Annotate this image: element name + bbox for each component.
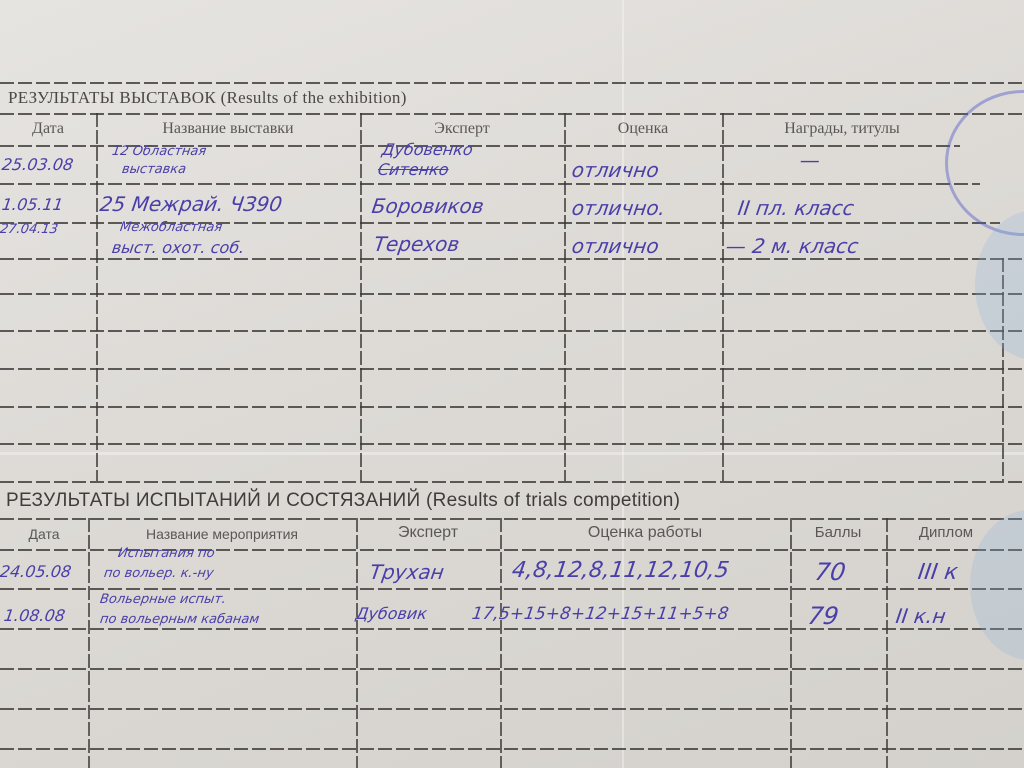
table-line [0, 113, 1024, 115]
table-line [360, 113, 362, 481]
row-event-name: Вольерные испыт. [99, 592, 227, 607]
row-event-name-cont: по вольерным кабанам [99, 612, 260, 627]
row-work-assessment: 4,8,12,8,11,12,10,5 [510, 558, 730, 583]
table-line [0, 708, 1024, 710]
table-line [96, 113, 98, 481]
column-header-grade: Оценка [564, 120, 722, 138]
column-header-date: Дата [0, 526, 88, 542]
row-expert-struck: Ситенко [377, 160, 450, 179]
table-line [0, 293, 1024, 295]
table-line [0, 481, 1024, 483]
row-event-name: Испытания по [117, 546, 216, 561]
row-awards: II пл. класс [736, 196, 855, 220]
table-line [0, 668, 1024, 670]
row-expert: Терехов [372, 232, 461, 256]
table-line [564, 113, 566, 481]
row-awards: — [798, 148, 821, 172]
table-line [0, 588, 1024, 590]
row-date: 27.04.13 [0, 222, 59, 237]
row-points: 79 [806, 602, 840, 630]
table-line [0, 368, 1024, 370]
table-line [0, 183, 980, 185]
row-points: 70 [813, 558, 847, 586]
paper-fold [0, 452, 1024, 455]
row-exhibition-name-cont: выст. охот. соб. [111, 238, 246, 257]
table-line [722, 113, 724, 481]
document-page: РЕЗУЛЬТАТЫ ВЫСТАВОК (Results of the exhi… [0, 0, 1024, 768]
table-line [0, 330, 1024, 332]
row-diploma: II к.н [894, 604, 947, 628]
column-header-expert: Эксперт [360, 120, 564, 138]
row-awards: — 2 м. класс [724, 234, 860, 258]
table-line [886, 518, 888, 768]
table-line [0, 258, 1024, 260]
official-stamp-faded [975, 210, 1024, 360]
row-exhibition-name: 25 Межрай. ЧЗ90 [98, 192, 283, 216]
table-line [356, 518, 358, 768]
column-header-awards: Награды, титулы [722, 120, 962, 138]
trials-section-title: РЕЗУЛЬТАТЫ ИСПЫТАНИЙ И СОСТЯЗАНИЙ (Resul… [6, 490, 680, 512]
row-date: 1.05.11 [1, 195, 65, 214]
table-line [0, 748, 1024, 750]
row-grade: отлично [570, 158, 660, 182]
table-line [500, 518, 502, 768]
row-date: 1.08.08 [3, 606, 67, 625]
table-line [0, 628, 1024, 630]
row-date: 24.05.08 [0, 562, 73, 581]
row-event-name-cont: по вольер. к.-ну [103, 566, 215, 581]
table-line [0, 406, 1024, 408]
row-exhibition-name-cont: выставка [121, 162, 187, 177]
table-line [0, 82, 1024, 84]
table-line [0, 443, 1024, 445]
row-expert: Дубовик [355, 604, 429, 623]
column-header-date: Дата [0, 120, 96, 138]
row-expert: Боровиков [370, 194, 485, 218]
row-exhibition-name: Межобластная [119, 220, 223, 235]
row-work-assessment: 17,5+15+8+12+15+11+5+8 [471, 604, 730, 624]
table-line [88, 518, 90, 768]
row-exhibition-name: 12 Областная [111, 144, 207, 159]
official-stamp [945, 90, 1024, 236]
row-grade: отлично. [570, 196, 667, 220]
column-header-expert: Эксперт [356, 524, 500, 542]
exhibition-section-title: РЕЗУЛЬТАТЫ ВЫСТАВОК (Results of the exhi… [8, 88, 407, 108]
column-header-work-assessment: Оценка работы [500, 524, 790, 542]
row-grade: отлично [570, 234, 660, 258]
row-date: 25.03.08 [1, 155, 75, 174]
table-line [0, 518, 1024, 520]
column-header-points: Баллы [790, 524, 886, 541]
column-header-exhibition-name: Название выставки [96, 120, 360, 138]
row-expert: Дубовенко [381, 140, 474, 159]
row-expert: Трухан [368, 560, 445, 584]
column-header-event-name: Название мероприятия [88, 526, 356, 542]
table-line [790, 518, 792, 768]
row-diploma: III к [916, 560, 959, 585]
paper-fold [622, 0, 624, 768]
